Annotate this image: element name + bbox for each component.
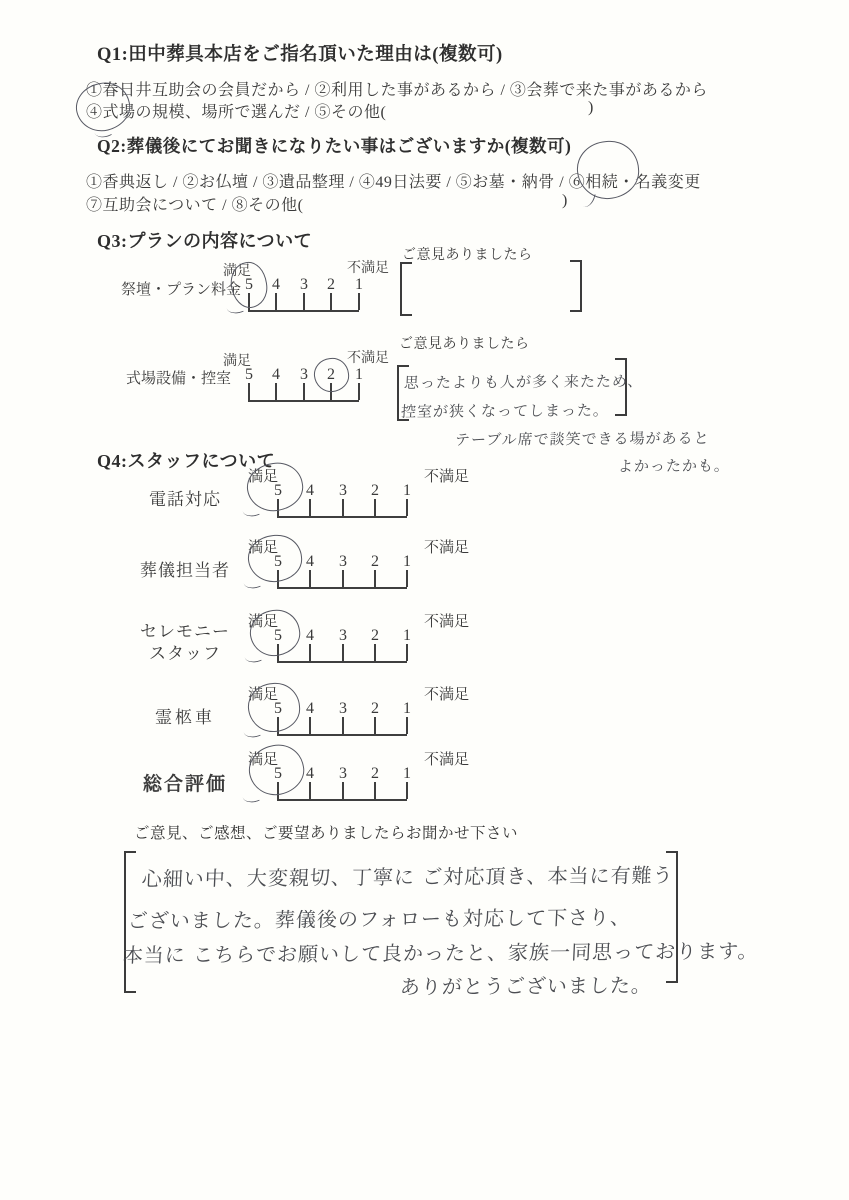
scale-value-2: 2 — [364, 482, 386, 500]
q1-heading: Q1:田中葬具本店をご指名頂いた理由は(複数可) — [97, 40, 503, 66]
scale-value-5: 5 — [238, 366, 260, 384]
scale-value-3: 3 — [332, 765, 354, 783]
scale-value-4: 4 — [299, 627, 321, 645]
comment-prompt: ご意見ありましたら — [399, 333, 530, 353]
q1-other-close-paren: ) — [588, 99, 593, 117]
dissatisfied-label: 不満足 — [424, 683, 469, 704]
q2-options-line2: ⑦互助会について / ⑧その他( — [86, 192, 303, 215]
dissatisfied-label: 不満足 — [424, 465, 469, 486]
handwritten-circle-tail — [582, 192, 595, 209]
scale-value-2: 2 — [364, 627, 386, 645]
q3-heading: Q3:プランの内容について — [97, 227, 312, 253]
q2-other-close-paren: ) — [562, 192, 567, 210]
rating-row-label: 葬儀担当者 — [122, 556, 248, 581]
comment-bracket-left — [400, 262, 412, 316]
rating-row-label: 式場設備・控室 — [126, 367, 231, 388]
q2-heading: Q2:葬儀後にてお聞きになりたい事はございますか(複数可) — [97, 133, 571, 158]
scale-value-3: 3 — [293, 366, 315, 384]
rating-row-plan-price: 祭壇・プラン料金 満足 不満足 5 4 3 2 1 — [0, 276, 849, 318]
scale-value-2: 2 — [364, 765, 386, 783]
rating-row-overall: 総合評価 満足 不満足 5 4 3 2 1 — [0, 765, 849, 807]
handwritten-comment-line: 控室が狭くなってしまった。 — [400, 399, 609, 421]
rating-row-label: セレモニー スタッフ — [122, 621, 248, 665]
scale-value-2: 2 — [364, 553, 386, 571]
handwritten-circle-tail — [243, 726, 261, 741]
handwritten-feedback-line: ございました。葬儀後のフォローも対応して下さり、 — [127, 901, 631, 934]
rating-row-director: 葬儀担当者 満足 不満足 5 4 3 2 1 — [0, 553, 849, 595]
rating-row-label: 総合評価 — [122, 769, 248, 796]
scale-value-1: 1 — [396, 553, 418, 571]
handwritten-feedback-line: ありがとうございました。 — [399, 969, 652, 1000]
rating-row-phone: 電話対応 満足 不満足 5 4 3 2 1 — [0, 482, 849, 524]
q1-options-line2: ④式場の規模、場所で選んだ / ⑤その他( — [86, 99, 386, 122]
handwritten-comment-line: 思ったよりも人が多く来たため、 — [403, 370, 643, 393]
scale-value-3: 3 — [332, 553, 354, 571]
handwritten-comment-line: テーブル席で談笑できる場があると — [454, 427, 710, 450]
scale-value-4: 4 — [299, 553, 321, 571]
dissatisfied-label: 不満足 — [347, 347, 389, 367]
rating-row-label: 電話対応 — [122, 485, 248, 510]
scale-value-1: 1 — [396, 627, 418, 645]
scale-value-3: 3 — [332, 482, 354, 500]
scale-value-4: 4 — [265, 366, 287, 384]
scale-value-4: 4 — [265, 276, 287, 294]
dissatisfied-label: 不満足 — [424, 610, 469, 631]
dissatisfied-label: 不満足 — [424, 748, 469, 769]
scale-value-3: 3 — [332, 700, 354, 718]
scale-value-4: 4 — [299, 700, 321, 718]
rating-row-label-line1: セレモニー — [122, 621, 248, 643]
rating-row-label-line2: スタッフ — [122, 643, 248, 665]
rating-row-label: 霊柩車 — [122, 703, 248, 728]
scale-value-2: 2 — [364, 700, 386, 718]
scale-value-3: 3 — [293, 276, 315, 294]
scale-value-1: 1 — [348, 276, 370, 294]
scale-value-1: 1 — [348, 366, 370, 384]
survey-form-page: Q1:田中葬具本店をご指名頂いた理由は(複数可) ①春日井互助会の会員だから /… — [0, 0, 849, 1200]
scale-value-1: 1 — [396, 765, 418, 783]
comment-bracket-right — [570, 260, 582, 312]
comment-prompt: ご意見ありましたら — [402, 244, 533, 264]
handwritten-comment-line: よかったかも。 — [618, 455, 731, 477]
dissatisfied-label: 不満足 — [347, 257, 389, 277]
rating-row-hearse: 霊柩車 満足 不満足 5 4 3 2 1 — [0, 700, 849, 742]
dissatisfied-label: 不満足 — [424, 536, 469, 557]
scale-value-3: 3 — [332, 627, 354, 645]
scale-value-1: 1 — [396, 700, 418, 718]
rating-row-ceremony-staff: セレモニー スタッフ 満足 不満足 5 4 3 2 1 — [0, 627, 849, 669]
q1-options-line1: ①春日井互助会の会員だから / ②利用した事があるから / ③会葬で来た事がある… — [86, 77, 708, 100]
scale-value-2: 2 — [320, 276, 342, 294]
handwritten-feedback-line: 心細い中、大変親切、丁寧に ご対応頂き、本当に有難う — [141, 859, 674, 892]
handwritten-feedback-line: 本当に こちらでお願いして良かったと、家族一同思っております。 — [122, 935, 759, 968]
scale-value-1: 1 — [396, 482, 418, 500]
feedback-prompt: ご意見、ご感想、ご要望ありましたらお聞かせ下さい — [134, 821, 518, 843]
